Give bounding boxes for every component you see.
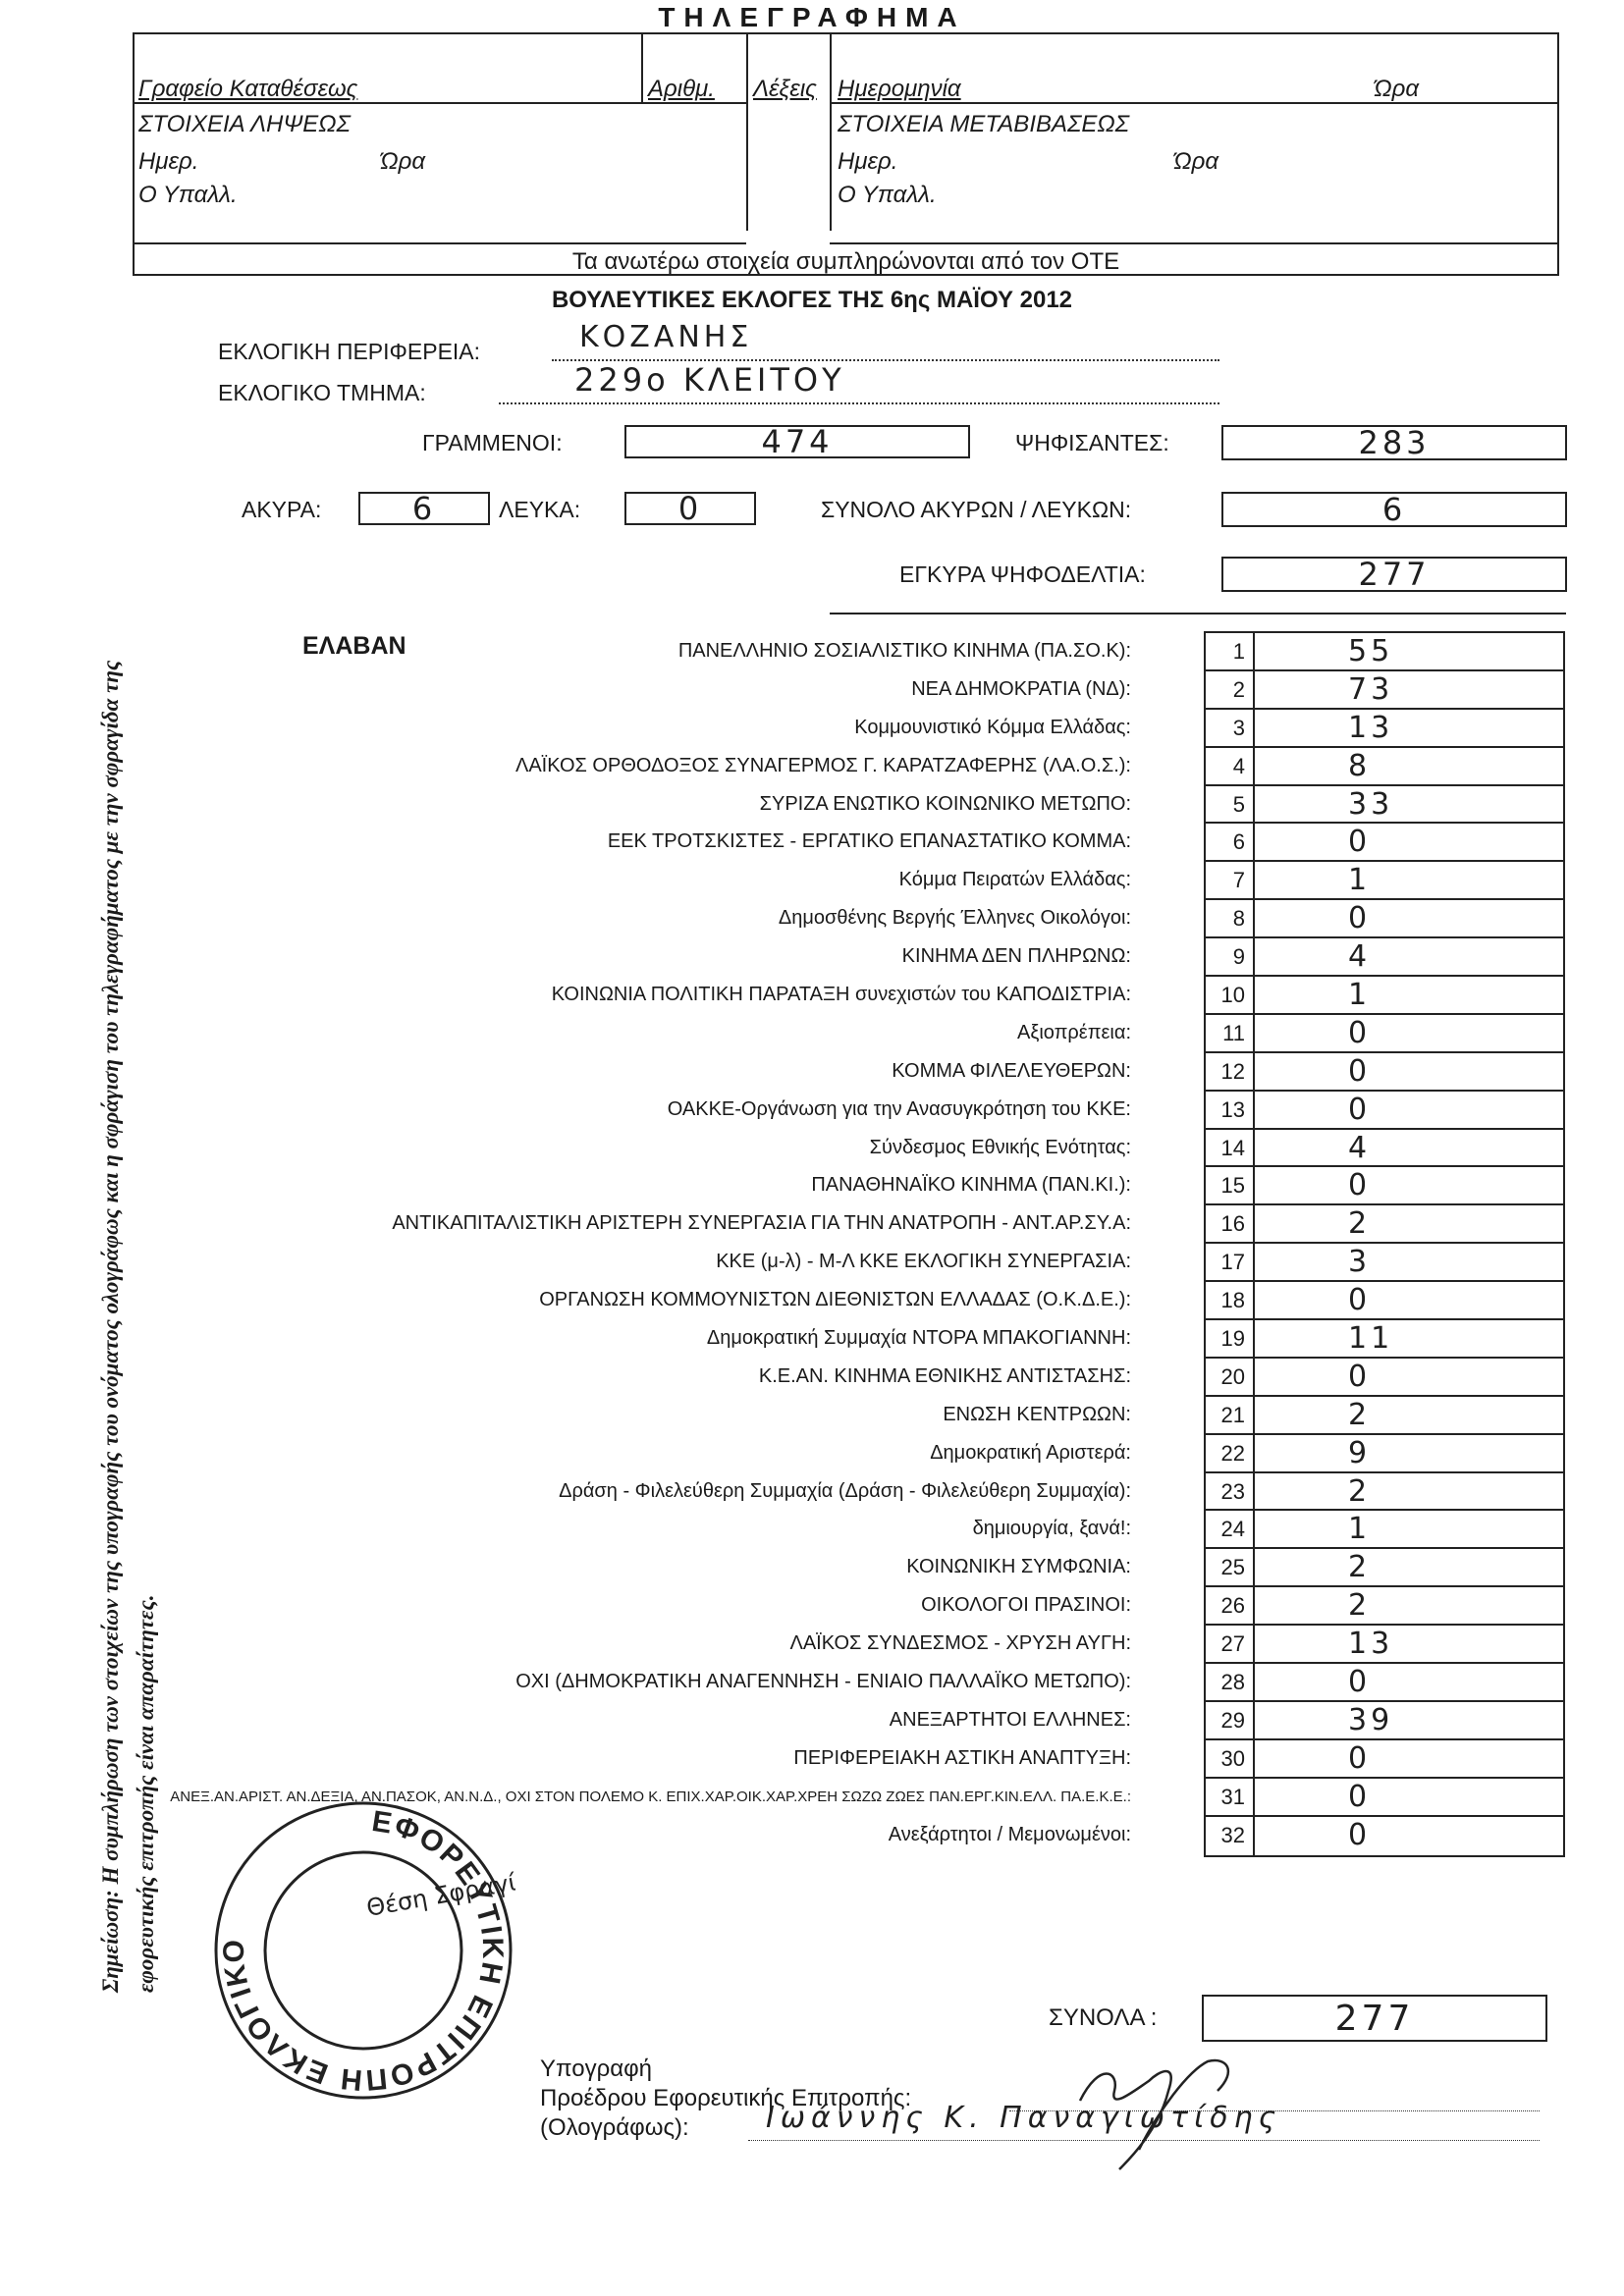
party-name: ΛΑΪΚΟΣ ΣΥΝΔΕΣΜΟΣ - ΧΡΥΣΗ ΑΥΓΗ:	[51, 1632, 1131, 1655]
divider	[830, 34, 832, 231]
party-row: ΟΑΚΚΕ-Οργάνωση για την Ανασυγκρότηση του…	[1206, 1092, 1563, 1130]
party-row: δημιουργία, ξανά!:241	[1206, 1511, 1563, 1549]
party-number: 24	[1206, 1511, 1255, 1547]
party-votes[interactable]: 2	[1255, 1205, 1563, 1242]
party-votes[interactable]: 55	[1255, 633, 1563, 669]
transmission-time-label: Ώρα	[1173, 148, 1218, 176]
party-number: 1	[1206, 633, 1255, 669]
number-label: Αριθμ.	[648, 76, 715, 103]
party-name: ΚΟΙΝΩΝΙΚΗ ΣΥΜΦΩΝΙΑ:	[51, 1556, 1131, 1578]
party-name: Δημοκρατική Αριστερά:	[51, 1442, 1131, 1465]
invalid-label: ΑΚΥΡΑ:	[242, 497, 321, 523]
election-title: ΒΟΥΛΕΥΤΙΚΕΣ ΕΚΛΟΓΕΣ ΤΗΣ 6ης ΜΑΪΟΥ 2012	[0, 287, 1624, 314]
party-name: ΠΑΝΑΘΗΝΑΪΚΟ ΚΙΝΗΜΑ (ΠΑΝ.ΚΙ.):	[51, 1174, 1131, 1197]
party-number: 7	[1206, 862, 1255, 898]
divider	[135, 242, 746, 244]
date-label: Ημερομηνία	[838, 76, 961, 103]
party-row: ΣΥΡΙΖΑ ΕΝΩΤΙΚΟ ΚΟΙΝΩΝΙΚΟ ΜΕΤΩΠΟ:533	[1206, 786, 1563, 825]
divider	[830, 242, 1557, 244]
party-votes[interactable]: 9	[1255, 1435, 1563, 1471]
party-votes[interactable]: 1	[1255, 862, 1563, 898]
party-row: ΑΝΕΞ.ΑΝ.ΑΡΙΣΤ. ΑΝ.ΔΕΞΙΑ, ΑΝ.ΠΑΣΟΚ, ΑΝ.Ν.…	[1206, 1779, 1563, 1817]
party-number: 6	[1206, 824, 1255, 860]
section-line	[499, 402, 1219, 404]
party-row: ΕΝΩΣΗ ΚΕΝΤΡΩΩΝ:212	[1206, 1397, 1563, 1435]
party-row: Αξιοπρέπεια:110	[1206, 1015, 1563, 1053]
party-name: Δημοσθένης Βεργής Έλληνες Οικολόγοι:	[51, 907, 1131, 930]
party-number: 4	[1206, 748, 1255, 784]
party-number: 22	[1206, 1435, 1255, 1471]
party-number: 26	[1206, 1587, 1255, 1624]
party-number: 21	[1206, 1397, 1255, 1433]
party-row: ΑΝΤΙΚΑΠΙΤΑΛΙΣΤΙΚΗ ΑΡΙΣΤΕΡΗ ΣΥΝΕΡΓΑΣΙΑ ΓΙ…	[1206, 1205, 1563, 1244]
party-votes[interactable]: 0	[1255, 1167, 1563, 1203]
receipt-time-label: Ώρα	[380, 148, 425, 176]
party-row: ΕΕΚ ΤΡΟΤΣΚΙΣΤΕΣ - ΕΡΓΑΤΙΚΟ ΕΠΑΝΑΣΤΑΤΙΚΟ …	[1206, 824, 1563, 862]
party-votes[interactable]: 33	[1255, 786, 1563, 823]
party-votes[interactable]: 2	[1255, 1397, 1563, 1433]
party-name: ΣΥΡΙΖΑ ΕΝΩΤΙΚΟ ΚΟΙΝΩΝΙΚΟ ΜΕΤΩΠΟ:	[51, 793, 1131, 816]
party-votes[interactable]: 0	[1255, 900, 1563, 936]
party-votes[interactable]: 73	[1255, 671, 1563, 708]
party-votes[interactable]: 1	[1255, 977, 1563, 1013]
party-number: 10	[1206, 977, 1255, 1013]
party-name: Δράση - Φιλελεύθερη Συμμαχία (Δράση - Φι…	[51, 1480, 1131, 1503]
ote-note: Τα ανωτέρω στοιχεία συμπληρώνονται από τ…	[135, 248, 1557, 276]
signature-fullname-label: (Ολογράφως):	[540, 2114, 689, 2142]
party-row: ΚΟΙΝΩΝΙΑ ΠΟΛΙΤΙΚΗ ΠΑΡΑΤΑΞΗ συνεχιστών το…	[1206, 977, 1563, 1015]
party-name: ΠΕΡΙΦΕΡΕΙΑΚΗ ΑΣΤΙΚΗ ΑΝΑΠΤΥΞΗ:	[51, 1747, 1131, 1770]
party-name: ΚΚΕ (μ-λ) - Μ-Λ ΚΚΕ ΕΚΛΟΓΙΚΗ ΣΥΝΕΡΓΑΣΙΑ:	[51, 1251, 1131, 1273]
transmission-title: ΣΤΟΙΧΕΙΑ ΜΕΤΑΒΙΒΑΣΕΩΣ	[838, 111, 1129, 138]
voted-field[interactable]: 283	[1221, 425, 1567, 460]
section-value[interactable]: 229ο ΚΛΕΙΤΟΥ	[574, 361, 845, 399]
party-number: 20	[1206, 1359, 1255, 1395]
party-name: Σύνδεσμος Εθνικής Ενότητας:	[51, 1137, 1131, 1159]
party-row: Κ.Ε.ΑΝ. ΚΙΝΗΜΑ ΕΘΝΙΚΗΣ ΑΝΤΙΣΤΑΣΗΣ:200	[1206, 1359, 1563, 1397]
words-label: Λέξεις	[753, 76, 817, 103]
party-row: Κόμμα Πειρατών Ελλάδας:71	[1206, 862, 1563, 900]
district-label: ΕΚΛΟΓΙΚΗ ΠΕΡΙΦΕΡΕΙΑ:	[218, 339, 480, 365]
registered-field[interactable]: 474	[624, 425, 970, 458]
party-row: ΟΙΚΟΛΟΓΟΙ ΠΡΑΣΙΝΟΙ:262	[1206, 1587, 1563, 1626]
party-row: ΠΑΝΑΘΗΝΑΪΚΟ ΚΙΝΗΜΑ (ΠΑΝ.ΚΙ.):150	[1206, 1167, 1563, 1205]
party-number: 31	[1206, 1779, 1255, 1815]
party-number: 17	[1206, 1244, 1255, 1280]
committee-stamp: ΕΦΟΡΕΥΤΙΚΗ ΕΠΙΤΡΟΠΗ ΕΚΛΟΓΙΚΟΥ ΤΜΗΜΑΤΟΣ Ν…	[211, 1798, 515, 2103]
blank-label: ΛΕΥΚΑ:	[499, 497, 580, 523]
valid-ballots-label: ΕΓΚΥΡΑ ΨΗΦΟΔΕΛΤΙΑ:	[899, 561, 1146, 588]
party-row: Δημοκρατική Αριστερά:229	[1206, 1435, 1563, 1473]
party-name: ΟΡΓΑΝΩΣΗ ΚΟΜΜΟΥΝΙΣΤΩΝ ΔΙΕΘΝΙΣΤΩΝ ΕΛΛΑΔΑΣ…	[51, 1289, 1131, 1311]
transmission-date-label: Ημερ.	[838, 148, 897, 176]
receipt-date-label: Ημερ.	[138, 148, 198, 176]
party-votes[interactable]: 0	[1255, 1740, 1563, 1777]
time-label: Ώρα	[1374, 76, 1419, 103]
party-number: 11	[1206, 1015, 1255, 1051]
party-votes[interactable]: 0	[1255, 824, 1563, 860]
party-name: ΕΝΩΣΗ ΚΕΝΤΡΩΩΝ:	[51, 1404, 1131, 1426]
party-row: Δημοκρατική Συμμαχία ΝΤΟΡΑ ΜΠΑΚΟΓΙΑΝΝΗ:1…	[1206, 1320, 1563, 1359]
party-name: Αξιοπρέπεια:	[51, 1022, 1131, 1044]
party-number: 2	[1206, 671, 1255, 708]
telegram-header-box: Γραφείο Καταθέσεως Αριθμ. Λέξεις Ημερομη…	[133, 32, 1559, 276]
party-name: ΚΟΜΜΑ ΦΙΛΕΛΕΥΘΕΡΩΝ:	[51, 1060, 1131, 1083]
party-votes[interactable]: 2	[1255, 1587, 1563, 1624]
party-row: ΚΚΕ (μ-λ) - Μ-Λ ΚΚΕ ΕΚΛΟΓΙΚΗ ΣΥΝΕΡΓΑΣΙΑ:…	[1206, 1244, 1563, 1282]
party-row: Ανεξάρτητοι / Μεμονωμένοι:320	[1206, 1817, 1563, 1855]
deposit-office-label: Γραφείο Καταθέσεως	[138, 76, 357, 103]
party-votes[interactable]: 8	[1255, 748, 1563, 784]
party-votes[interactable]: 13	[1255, 710, 1563, 746]
party-name: Κ.Ε.ΑΝ. ΚΙΝΗΜΑ ΕΘΝΙΚΗΣ ΑΝΤΙΣΤΑΣΗΣ:	[51, 1365, 1131, 1388]
party-row: Σύνδεσμος Εθνικής Ενότητας:144	[1206, 1130, 1563, 1168]
party-results-table: ΠΑΝΕΛΛΗΝΙΟ ΣΟΣΙΑΛΙΣΤΙΚΟ ΚΙΝΗΜΑ (ΠΑ.ΣΟ.Κ)…	[1204, 631, 1565, 1857]
valid-ballots-field[interactable]: 277	[1221, 557, 1567, 592]
party-number: 8	[1206, 900, 1255, 936]
party-votes[interactable]: 13	[1255, 1626, 1563, 1662]
party-row: ΟΡΓΑΝΩΣΗ ΚΟΜΜΟΥΝΙΣΤΩΝ ΔΙΕΘΝΙΣΤΩΝ ΕΛΛΑΔΑΣ…	[1206, 1282, 1563, 1320]
document-title: ΤΗΛΕΓΡΑΦΗΜΑ	[0, 2, 1624, 33]
party-row: Κομμουνιστικό Κόμμα Ελλάδας:313	[1206, 710, 1563, 748]
party-number: 32	[1206, 1817, 1255, 1855]
party-number: 30	[1206, 1740, 1255, 1777]
party-name: ΟΙΚΟΛΟΓΟΙ ΠΡΑΣΙΝΟΙ:	[51, 1594, 1131, 1617]
party-number: 16	[1206, 1205, 1255, 1242]
party-row: ΟΧΙ (ΔΗΜΟΚΡΑΤΙΚΗ ΑΝΑΓΕΝΝΗΣΗ - ΕΝΙΑΙΟ ΠΑΛ…	[1206, 1664, 1563, 1702]
party-row: ΛΑΪΚΟΣ ΣΥΝΔΕΣΜΟΣ - ΧΡΥΣΗ ΑΥΓΗ:2713	[1206, 1626, 1563, 1664]
totals-label: ΣΥΝΟΛΑ :	[1049, 2004, 1157, 2032]
party-number: 19	[1206, 1320, 1255, 1357]
party-name: ΕΕΚ ΤΡΟΤΣΚΙΣΤΕΣ - ΕΡΓΑΤΙΚΟ ΕΠΑΝΑΣΤΑΤΙΚΟ …	[51, 830, 1131, 853]
party-name: Κομμουνιστικό Κόμμα Ελλάδας:	[51, 717, 1131, 739]
party-name: δημιουργία, ξανά!:	[51, 1518, 1131, 1540]
party-number: 14	[1206, 1130, 1255, 1166]
invalid-blank-total-field[interactable]: 6	[1221, 492, 1567, 527]
signature-scribble	[1060, 2032, 1276, 2179]
side-note: Σημείωση: Η συμπλήρωση των στοιχείων της…	[93, 599, 164, 1993]
party-name: ΑΝΤΙΚΑΠΙΤΑΛΙΣΤΙΚΗ ΑΡΙΣΤΕΡΗ ΣΥΝΕΡΓΑΣΙΑ ΓΙ…	[51, 1212, 1131, 1235]
party-row: ΝΕΑ ΔΗΜΟΚΡΑΤΙΑ (ΝΔ):273	[1206, 671, 1563, 710]
party-votes[interactable]: 1	[1255, 1511, 1563, 1547]
party-number: 18	[1206, 1282, 1255, 1318]
party-votes[interactable]: 0	[1255, 1015, 1563, 1051]
party-votes[interactable]: 4	[1255, 938, 1563, 975]
transmission-clerk-label: Ο Υπαλλ.	[838, 182, 937, 209]
party-number: 15	[1206, 1167, 1255, 1203]
party-number: 28	[1206, 1664, 1255, 1700]
district-value[interactable]: ΚΟΖΑΝΗΣ	[579, 320, 752, 354]
party-votes[interactable]: 0	[1255, 1282, 1563, 1318]
party-votes[interactable]: 0	[1255, 1359, 1563, 1395]
section-label: ΕΚΛΟΓΙΚΟ ΤΜΗΜΑ:	[218, 380, 426, 406]
party-number: 25	[1206, 1549, 1255, 1585]
party-name: ΟΑΚΚΕ-Οργάνωση για την Ανασυγκρότηση του…	[51, 1098, 1131, 1121]
separator-line	[830, 613, 1566, 614]
party-number: 29	[1206, 1702, 1255, 1738]
blank-field[interactable]: 0	[624, 492, 756, 525]
party-row: ΚΟΜΜΑ ΦΙΛΕΛΕΥΘΕΡΩΝ:120	[1206, 1053, 1563, 1092]
party-row: ΚΟΙΝΩΝΙΚΗ ΣΥΜΦΩΝΙΑ:252	[1206, 1549, 1563, 1587]
receipt-title: ΣΤΟΙΧΕΙΑ ΛΗΨΕΩΣ	[138, 111, 351, 138]
party-row: ΠΕΡΙΦΕΡΕΙΑΚΗ ΑΣΤΙΚΗ ΑΝΑΠΤΥΞΗ:300	[1206, 1740, 1563, 1779]
party-name: ΠΑΝΕΛΛΗΝΙΟ ΣΟΣΙΑΛΙΣΤΙΚΟ ΚΙΝΗΜΑ (ΠΑ.ΣΟ.Κ)…	[51, 640, 1131, 663]
party-row: ΛΑΪΚΟΣ ΟΡΘΟΔΟΞΟΣ ΣΥΝΑΓΕΡΜΟΣ Γ. ΚΑΡΑΤΖΑΦΕ…	[1206, 748, 1563, 786]
party-votes[interactable]: 39	[1255, 1702, 1563, 1738]
party-number: 9	[1206, 938, 1255, 975]
party-votes[interactable]: 2	[1255, 1473, 1563, 1510]
party-name: ΝΕΑ ΔΗΜΟΚΡΑΤΙΑ (ΝΔ):	[51, 678, 1131, 701]
party-row: ΚΙΝΗΜΑ ΔΕΝ ΠΛΗΡΩΝΩ:94	[1206, 938, 1563, 977]
party-name: ΑΝΕΞΑΡΤΗΤΟΙ ΕΛΛΗΝΕΣ:	[51, 1709, 1131, 1732]
party-votes[interactable]: 2	[1255, 1549, 1563, 1585]
party-number: 13	[1206, 1092, 1255, 1128]
party-number: 12	[1206, 1053, 1255, 1090]
party-name: Κόμμα Πειρατών Ελλάδας:	[51, 869, 1131, 891]
divider	[746, 34, 748, 231]
receipt-clerk-label: Ο Υπαλλ.	[138, 182, 238, 209]
party-number: 27	[1206, 1626, 1255, 1662]
party-votes[interactable]: 0	[1255, 1779, 1563, 1815]
party-votes[interactable]: 4	[1255, 1130, 1563, 1166]
registered-label: ΓΡΑΜΜΕΝΟΙ:	[422, 430, 563, 456]
party-votes[interactable]: 0	[1255, 1817, 1563, 1855]
party-row: Δράση - Φιλελεύθερη Συμμαχία (Δράση - Φι…	[1206, 1473, 1563, 1512]
party-votes[interactable]: 0	[1255, 1053, 1563, 1090]
party-votes[interactable]: 3	[1255, 1244, 1563, 1280]
party-row: ΠΑΝΕΛΛΗΝΙΟ ΣΟΣΙΑΛΙΣΤΙΚΟ ΚΙΝΗΜΑ (ΠΑ.ΣΟ.Κ)…	[1206, 633, 1563, 671]
party-name: ΛΑΪΚΟΣ ΟΡΘΟΔΟΞΟΣ ΣΥΝΑΓΕΡΜΟΣ Γ. ΚΑΡΑΤΖΑΦΕ…	[51, 755, 1131, 777]
divider	[641, 34, 643, 103]
party-row: Δημοσθένης Βεργής Έλληνες Οικολόγοι:80	[1206, 900, 1563, 938]
party-name: Δημοκρατική Συμμαχία ΝΤΟΡΑ ΜΠΑΚΟΓΙΑΝΝΗ:	[51, 1327, 1131, 1350]
party-name: ΚΙΝΗΜΑ ΔΕΝ ΠΛΗΡΩΝΩ:	[51, 945, 1131, 968]
party-votes[interactable]: 0	[1255, 1092, 1563, 1128]
party-votes[interactable]: 0	[1255, 1664, 1563, 1700]
party-name: ΟΧΙ (ΔΗΜΟΚΡΑΤΙΚΗ ΑΝΑΓΕΝΝΗΣΗ - ΕΝΙΑΙΟ ΠΑΛ…	[51, 1671, 1131, 1693]
signature-label: Υπογραφή	[540, 2056, 652, 2083]
party-name: ΚΟΙΝΩΝΙΑ ΠΟΛΙΤΙΚΗ ΠΑΡΑΤΑΞΗ συνεχιστών το…	[51, 984, 1131, 1006]
party-votes[interactable]: 11	[1255, 1320, 1563, 1357]
party-row: ΑΝΕΞΑΡΤΗΤΟΙ ΕΛΛΗΝΕΣ:2939	[1206, 1702, 1563, 1740]
invalid-blank-total-label: ΣΥΝΟΛΟ ΑΚΥΡΩΝ / ΛΕΥΚΩΝ:	[821, 497, 1131, 523]
party-number: 23	[1206, 1473, 1255, 1510]
invalid-field[interactable]: 6	[358, 492, 490, 525]
party-number: 3	[1206, 710, 1255, 746]
party-number: 5	[1206, 786, 1255, 823]
voted-label: ΨΗΦΙΣΑΝΤΕΣ:	[1015, 430, 1169, 456]
